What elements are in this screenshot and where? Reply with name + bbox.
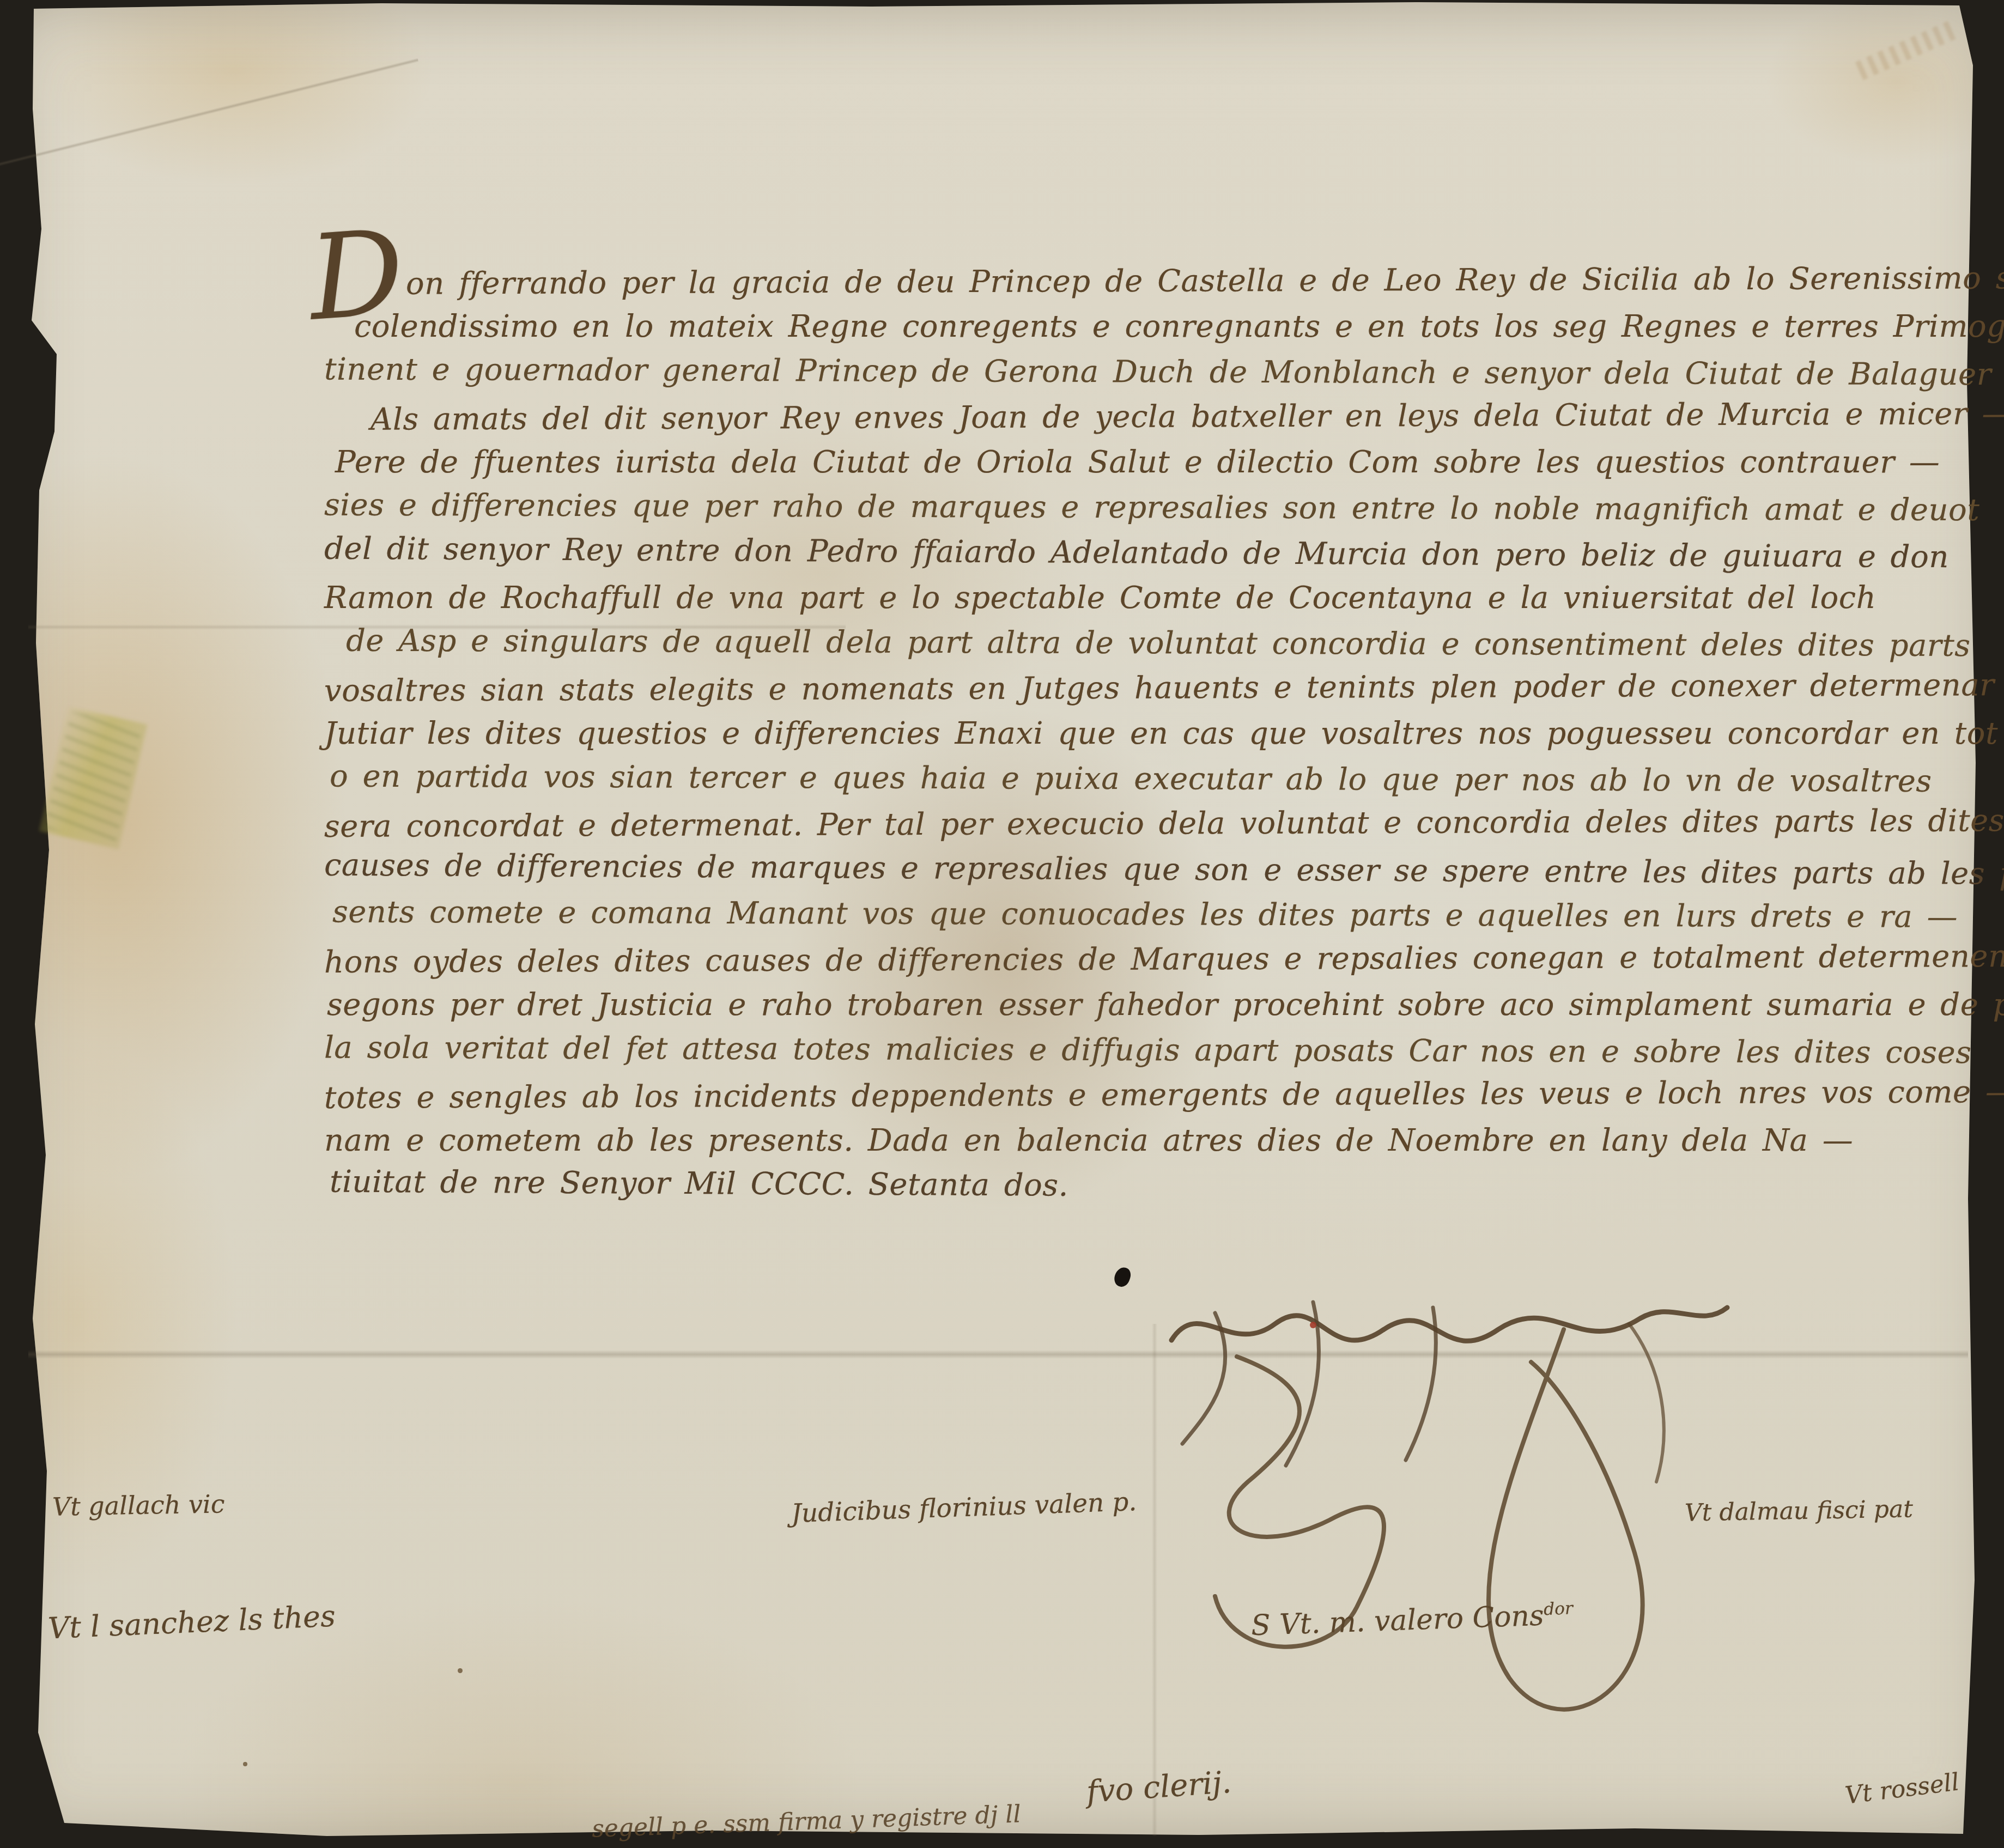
signature-dalmau-fiscal: Vt dalmau fisci pat: [1685, 1495, 1914, 1527]
signature-valero-superscript: dor: [1544, 1598, 1574, 1619]
letter-line: la sola veritat del fet attesa totes mal…: [324, 1025, 1855, 1075]
letter-line: vosaltres sian stats elegits e nomenats …: [324, 663, 1855, 714]
letter-line: sies e differencies que per raho de marq…: [324, 483, 1855, 533]
ink-speck: [243, 1762, 247, 1766]
letter-line: de Asp e singulars de aquell dela part a…: [346, 618, 1855, 668]
red-ink-fleck: [1310, 1322, 1316, 1328]
letter-line: o en partida vos sian tercer e ques haia…: [330, 754, 1855, 804]
letter-line: sera concordat e determenat. Per tal per…: [324, 799, 1855, 849]
ink-speck: [458, 1668, 463, 1673]
manuscript-scan: { "colors": { "background": "#221f1a", "…: [0, 0, 2004, 1848]
letter-line: hons oydes deles dites causes de differe…: [324, 934, 1855, 985]
letter-line-dateline: tiuitat de nre Senyor Mil CCCC. Setanta …: [330, 1159, 1855, 1213]
letter-line: totes e sengles ab los incidents deppend…: [324, 1070, 1855, 1121]
signature-gallach: Vt gallach vic: [52, 1489, 225, 1522]
letter-line: segons per dret Justicia e raho trobaren…: [327, 982, 1855, 1028]
letter-line: Jutiar les dites questios e differencies…: [324, 711, 1855, 756]
letter-line: Als amats del dit senyor Rey enves Joan …: [371, 392, 1855, 442]
letter-line: causes de differencies de marques e repr…: [324, 843, 1855, 896]
letter-line: colendissimo en lo mateix Regne conregen…: [354, 304, 1855, 349]
letter-line: tinent e gouernador general Princep de G…: [324, 347, 1855, 397]
royal-signature: [1150, 1248, 1793, 1738]
letter-line: sents comete e comana Manant vos que con…: [332, 890, 1855, 940]
letter-line: on fferrando per la gracia de deu Prince…: [406, 256, 1855, 306]
letter-line: del dit senyor Rey entre don Pedro ffaia…: [324, 526, 1855, 580]
letter-line: Pere de ffuentes iurista dela Ciutat de …: [335, 440, 1855, 485]
letter-line: Ramon de Rochaffull de vna part e lo spe…: [324, 575, 1855, 621]
letter-line: nam e cometem ab les presents. Dada en b…: [324, 1118, 1855, 1163]
letter-body: on fferrando per la gracia de deu Prince…: [324, 259, 1855, 1208]
